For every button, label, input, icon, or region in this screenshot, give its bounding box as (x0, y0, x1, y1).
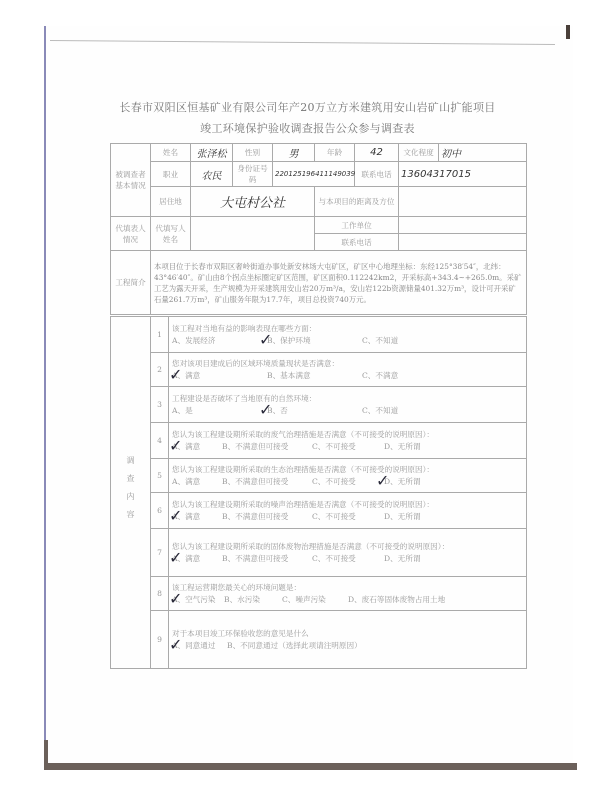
proxy-name-value[interactable] (191, 217, 315, 251)
question-number: 4 (151, 423, 169, 459)
question-body: 您对该项目建成后的区域环境质量现状是否满意：A、满意✓B、基本满意C、不满意 (169, 353, 527, 387)
proxy-section-label: 代填表人情况 (111, 217, 151, 251)
question-row: 3工程建设是否破坏了当地原有的自然环境：A、是B、否✓C、不知道 (111, 387, 527, 423)
proxy-phone-value[interactable] (399, 234, 527, 251)
question-text: 工程建设是否破坏了当地原有的自然环境： (172, 393, 523, 405)
answer-option-b[interactable]: B、否✓ (267, 405, 362, 417)
occupation-value[interactable]: 农民 (191, 162, 233, 187)
answer-option-b[interactable]: B、不同意通过（选择此项请注明原因） (227, 640, 447, 652)
question-number: 6 (151, 493, 169, 529)
question-row: 4您认为该工程建设期所采取的废气治理措施是否满意（不可接受的说明原因）：A、满意… (111, 423, 527, 459)
question-body: 您认为该工程建设期所采取的生态治理措施是否满意（不可接受的说明原因）：A、满意B… (169, 459, 527, 493)
answer-option-a[interactable]: A、满意✓ (172, 553, 222, 565)
survey-form: 被调查者基本情况 姓名 张泽松 性别 男 年龄 42 文化程度 初中 职业 农民… (110, 143, 527, 315)
question-text: 该工程对当地有益的影响表现在哪些方面： (172, 323, 523, 335)
answer-option-b[interactable]: B、基本满意 (267, 370, 362, 382)
question-body: 工程建设是否破坏了当地原有的自然环境：A、是B、否✓C、不知道 (169, 387, 527, 423)
question-body: 您认为该工程建设期所采取的废气治理措施是否满意（不可接受的说明原因）：A、满意✓… (169, 423, 527, 459)
name-value[interactable]: 张泽松 (191, 144, 233, 162)
question-row: 2您对该项目建成后的区域环境质量现状是否满意：A、满意✓B、基本满意C、不满意 (111, 353, 527, 387)
answer-option-c[interactable]: C、不可接受 (312, 441, 384, 453)
question-body: 该工程对当地有益的影响表现在哪些方面：A、发展经济B、保护环境✓C、不知道 (169, 317, 527, 353)
question-row: 6您认为该工程建设期所采取的噪声治理措施是否满意（不可接受的说明原因）：A、满意… (111, 493, 527, 529)
survey-section-label: 调查内容 (111, 317, 151, 669)
checkmark-icon: ✓ (259, 332, 272, 348)
question-text: 该工程运营期您最关心的环境问题是： (172, 582, 523, 594)
question-number: 2 (151, 353, 169, 387)
question-text: 您认为该工程建设期所采取的废气治理措施是否满意（不可接受的说明原因）： (172, 429, 523, 441)
answer-option-a[interactable]: A、满意 (172, 476, 222, 488)
survey-questions: 调查内容1该工程对当地有益的影响表现在哪些方面：A、发展经济B、保护环境✓C、不… (110, 316, 527, 669)
answer-option-a[interactable]: A、空气污染✓ (172, 594, 224, 606)
page-corner-shadow (566, 25, 570, 39)
answer-option-d[interactable]: D、废石等固体废物占用土地 (348, 594, 488, 606)
question-number: 9 (151, 611, 169, 669)
respondent-section-label: 被调查者基本情况 (111, 144, 151, 217)
project-section-label: 工程简介 (111, 251, 151, 315)
proxy-work-label: 工作单位 (315, 217, 399, 234)
proxy-phone-label: 联系电话 (315, 234, 399, 251)
answer-option-a[interactable]: A、是 (172, 405, 267, 417)
question-body: 该工程运营期您最关心的环境问题是：A、空气污染✓B、水污染C、噪声污染D、废石等… (169, 577, 527, 611)
answer-option-a[interactable]: A、同意通过✓ (172, 640, 227, 652)
question-row: 8该工程运营期您最关心的环境问题是：A、空气污染✓B、水污染C、噪声污染D、废石… (111, 577, 527, 611)
answer-option-b[interactable]: B、不满意但可接受 (222, 441, 312, 453)
id-value[interactable]: 220125196411149039 (273, 162, 355, 187)
education-value[interactable]: 初中 (439, 144, 527, 162)
phone-label: 联系电话 (355, 162, 399, 187)
question-number: 1 (151, 317, 169, 353)
checkmark-icon: ✓ (169, 367, 182, 383)
answer-option-c[interactable]: C、不可接受 (312, 476, 384, 488)
distance-label: 与本项目的距离及方位 (315, 187, 399, 217)
question-body: 对于本项目竣工环保验收您的意见是什么A、同意通过✓B、不同意通过（选择此项请注明… (169, 611, 527, 669)
question-body: 您认为该工程建设期所采取的噪声治理措施是否满意（不可接受的说明原因）：A、满意✓… (169, 493, 527, 529)
question-text: 您对该项目建成后的区域环境质量现状是否满意： (172, 358, 523, 370)
name-label: 姓名 (151, 144, 191, 162)
answer-option-a[interactable]: A、满意✓ (172, 441, 222, 453)
question-number: 5 (151, 459, 169, 493)
checkmark-icon: ✓ (169, 438, 182, 454)
question-number: 8 (151, 577, 169, 611)
question-number: 3 (151, 387, 169, 423)
gender-value[interactable]: 男 (273, 144, 315, 162)
document-subtitle: 竣工环境保护验收调查报告公众参与调查表 (0, 120, 615, 136)
answer-option-c[interactable]: C、不可接受 (312, 511, 384, 523)
answer-option-b[interactable]: B、保护环境✓ (267, 335, 362, 347)
question-number: 7 (151, 529, 169, 577)
question-body: 您认为该工程建设期所采取的固体废物治理措施是否满意（不可接受的说明原因）：A、满… (169, 529, 527, 577)
answer-option-b[interactable]: B、不满意但可接受 (222, 553, 312, 565)
checkmark-icon: ✓ (169, 591, 182, 607)
answer-option-c[interactable]: C、噪声污染 (282, 594, 348, 606)
checkmark-icon: ✓ (169, 550, 182, 566)
answer-option-b[interactable]: B、不满意但可接受 (222, 511, 312, 523)
answer-option-c[interactable]: C、不知道 (362, 335, 457, 347)
question-row: 调查内容1该工程对当地有益的影响表现在哪些方面：A、发展经济B、保护环境✓C、不… (111, 317, 527, 353)
answer-option-b[interactable]: B、水污染 (224, 594, 282, 606)
proxy-name-label: 代填写人姓名 (151, 217, 191, 251)
question-text: 您认为该工程建设期所采取的固体废物治理措施是否满意（不可接受的说明原因）： (172, 541, 523, 553)
answer-option-d[interactable]: D、无所谓 (384, 511, 454, 523)
checkmark-icon: ✓ (169, 637, 182, 653)
answer-option-d[interactable]: D、无所谓 (384, 441, 454, 453)
question-row: 9对于本项目竣工环保验收您的意见是什么A、同意通过✓B、不同意通过（选择此项请注… (111, 611, 527, 669)
checkmark-icon: ✓ (169, 508, 182, 524)
checkmark-icon: ✓ (376, 473, 389, 489)
answer-option-b[interactable]: B、不满意但可接受 (222, 476, 312, 488)
scan-edge-shadow-bottom (44, 763, 577, 770)
question-text: 对于本项目竣工环保验收您的意见是什么 (172, 628, 523, 640)
answer-option-c[interactable]: C、不可接受 (312, 553, 384, 565)
answer-option-a[interactable]: A、满意✓ (172, 370, 267, 382)
answer-option-d[interactable]: D、无所谓 (384, 553, 454, 565)
project-description: 本项目位于长春市双阳区奢岭街道办事处新安林场大屯矿区，矿区中心地理坐标：东经12… (151, 251, 527, 315)
phone-value[interactable]: 13604317015 (399, 162, 527, 187)
age-label: 年龄 (315, 144, 355, 162)
distance-value[interactable] (399, 187, 527, 217)
education-label: 文化程度 (399, 144, 439, 162)
answer-option-d[interactable]: D、无所谓✓ (384, 476, 454, 488)
id-label: 身份证号码 (233, 162, 273, 187)
gender-label: 性别 (233, 144, 273, 162)
answer-option-a[interactable]: A、满意✓ (172, 511, 222, 523)
residence-label: 居住地 (151, 187, 191, 217)
question-row: 5您认为该工程建设期所采取的生态治理措施是否满意（不可接受的说明原因）：A、满意… (111, 459, 527, 493)
answer-option-a[interactable]: A、发展经济 (172, 335, 267, 347)
document-title: 长春市双阳区恒基矿业有限公司年产20万立方米建筑用安山岩矿山扩能项目 (0, 99, 615, 115)
question-row: 7您认为该工程建设期所采取的固体废物治理措施是否满意（不可接受的说明原因）：A、… (111, 529, 527, 577)
answer-option-c[interactable]: C、不知道 (362, 405, 457, 417)
age-value[interactable]: 42 (355, 144, 399, 162)
question-text: 您认为该工程建设期所采取的生态治理措施是否满意（不可接受的说明原因）： (172, 464, 523, 476)
occupation-label: 职业 (151, 162, 191, 187)
question-text: 您认为该工程建设期所采取的噪声治理措施是否满意（不可接受的说明原因）： (172, 499, 523, 511)
residence-value[interactable]: 大屯村公社 (191, 187, 315, 217)
proxy-work-value[interactable] (399, 217, 527, 234)
answer-option-c[interactable]: C、不满意 (362, 370, 457, 382)
checkmark-icon: ✓ (259, 402, 272, 418)
